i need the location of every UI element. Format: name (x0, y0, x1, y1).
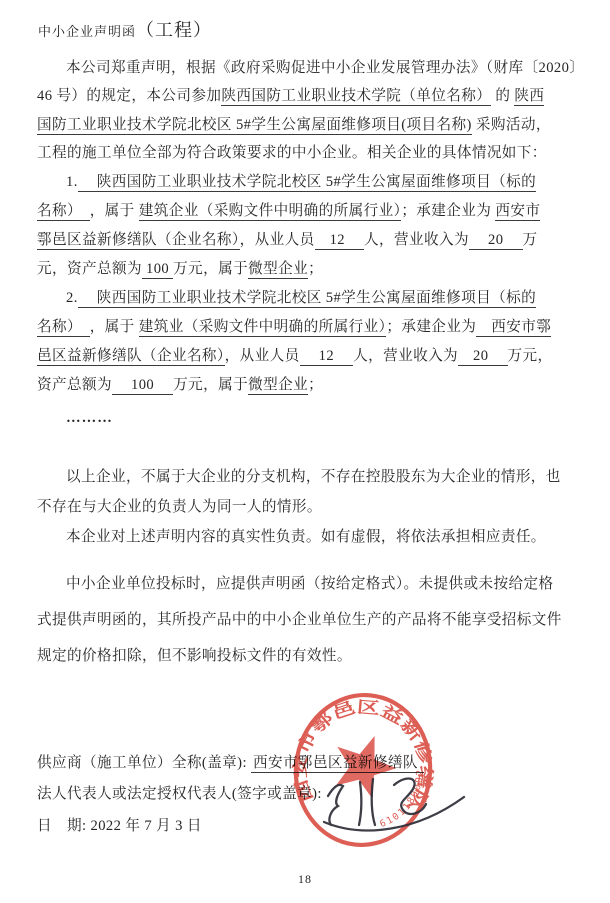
legal-rep-line: 法人代表人或法定授权代表人(签字或盖章): (37, 779, 585, 810)
declaration-paragraph: 本公司郑重声明，根据《政府采购促进中小企业发展管理办法》（财库〔2020〕46 … (37, 54, 585, 168)
text-line: 名称） ，属于 建筑业（采购文件中明确的所属行业）；承建企业为 西安市鄠 (37, 313, 585, 342)
text-segment: 元，资产总额为 (37, 261, 142, 277)
text-line: 46 号）的规定，本公司参加陕西国防工业职业技术学院（单位名称） 的 陕西 (37, 82, 585, 110)
filled-blank-text: 12 (300, 348, 353, 366)
text-segment: 1. (66, 174, 78, 190)
legal-rep-label: 法人代表人或法定授权代表人(签字或盖章): (37, 786, 322, 802)
document-page: 中小企业声明函（工程） 本公司郑重声明，根据《政府采购促进中小企业发展管理办法》… (0, 0, 610, 903)
filled-blank-text: 20 (469, 232, 522, 250)
text-segment: ；承建企业为 (386, 319, 476, 335)
bid-notice-paragraph: 中小企业单位投标时，应提供声明函（按给定格式）。未提供或未按给定格式提供声明函的… (37, 566, 585, 674)
text-line: 工程的施工单位全部为符合政策要求的中小企业。相关企业的具体情况如下： (37, 139, 585, 167)
filled-blank-text: 100 (142, 261, 173, 279)
text-segment: 资产总额为 (37, 377, 112, 393)
signature-block: 供应商（施工单位）全称(盖章): 西安市鄠邑区益新修缮队 法人代表人或法定授权代… (37, 748, 585, 842)
text-line: 2. 陕西国防工业职业技术学院北校区 5#学生公寓屋面维修项目（标的 (37, 284, 585, 313)
enterprise-item-1: 1. 陕西国防工业职业技术学院北校区 5#学生公寓屋面维修项目（标的名称） ，属… (37, 168, 585, 284)
supplier-line: 供应商（施工单位）全称(盖章): 西安市鄠邑区益新修缮队 (37, 748, 585, 779)
text-segment: 万元， (508, 348, 553, 364)
text-segment: 2. (66, 290, 78, 306)
filled-blank-text: 陕西国防工业职业技术学院（单位名称） (221, 88, 491, 106)
filled-blank-text: 微型企业 (248, 261, 308, 279)
supplier-name: 西安市鄠邑区益新修缮队 (251, 755, 424, 773)
ellipsis-line: ……… (37, 404, 585, 433)
text-segment: ，从业人员 (225, 348, 300, 364)
text-segment: 人，营业收入为 (364, 232, 469, 248)
date-value: 2022 年 7 月 3 日 (91, 818, 202, 834)
text-segment: ；承建企业为 (401, 203, 495, 219)
filled-blank-text: 12 (315, 232, 364, 250)
text-segment: 本公司郑重声明，根据《政府采购促进中小企业发展管理办法》（财库〔2020〕 (66, 60, 584, 76)
text-segment: ，属于 (90, 319, 139, 335)
filled-blank-text: 陕西国防工业职业技术学院北校区 5#学生公寓屋面维修项目（标的 (78, 290, 536, 308)
text-segment: ； (308, 261, 323, 277)
text-line: 以上企业，不属于大企业的分支机构，不存在控股股东为大企业的情形，也 (37, 462, 585, 492)
text-line: 元，资产总额为 100 万元，属于微型企业； (37, 255, 585, 284)
text-line: 邑区益新修缮队（企业名称），从业人员 12 人，营业收入为 20 万元， (37, 342, 585, 371)
no-affiliation-paragraph: 以上企业，不属于大企业的分支机构，不存在控股股东为大企业的情形，也不存在与大企业… (37, 462, 585, 552)
date-line: 日 期: 2022 年 7 月 3 日 (37, 811, 585, 842)
text-segment: 规定的价格扣除，但不影响投标文件的有效性。 (37, 648, 352, 664)
text-segment: 式提供声明函的，其所投产品中的中小企业单位生产的产品将不能享受招标文件 (37, 612, 562, 628)
text-segment: 46 号）的规定，本公司参加 (37, 88, 221, 104)
text-line: 名称） ，属于 建筑企业（采购文件中明确的所属行业）；承建企业为 西安市 (37, 197, 585, 226)
filled-blank-text: 微型企业 (248, 377, 308, 395)
filled-blank-text: 国防工业职业技术学院北校区 5#学生公寓屋面维修项目(项目名称) (37, 117, 472, 135)
text-segment: 万元，属于 (173, 261, 248, 277)
text-segment: 中小企业单位投标时，应提供声明函（按给定格式）。未提供或未按给定格 (66, 576, 554, 592)
filled-blank-text: 名称） (37, 319, 90, 337)
filled-blank-text: 鄠邑区益新修缮队（企业名称） (37, 232, 240, 250)
title-suffix: （工程） (136, 20, 212, 40)
filled-blank-text: 西安市鄠 (476, 319, 551, 337)
filled-blank-text: 邑区益新修缮队（企业名称） (37, 348, 225, 366)
text-line: 规定的价格扣除，但不影响投标文件的有效性。 (37, 638, 585, 674)
filled-blank-text: 陕西国防工业职业技术学院北校区 5#学生公寓屋面维修项目（标的 (78, 174, 536, 192)
text-segment: 的 (491, 88, 514, 104)
text-line: 不存在与大企业的负责人为同一人的情形。 (37, 492, 585, 522)
text-segment: 不存在与大企业的负责人为同一人的情形。 (37, 499, 322, 515)
supplier-label: 供应商（施工单位）全称(盖章): (37, 755, 251, 771)
text-line: 资产总额为 100 万元，属于微型企业； (37, 371, 585, 400)
page-title: 中小企业声明函（工程） (38, 16, 212, 42)
text-line: 式提供声明函的，其所投产品中的中小企业单位生产的产品将不能享受招标文件 (37, 602, 585, 638)
text-line: 中小企业单位投标时，应提供声明函（按给定格式）。未提供或未按给定格 (37, 566, 585, 602)
title-main: 中小企业声明函 (38, 24, 136, 39)
filled-blank-text: 西安市 (495, 203, 540, 221)
text-segment: ，从业人员 (240, 232, 315, 248)
text-line: 1. 陕西国防工业职业技术学院北校区 5#学生公寓屋面维修项目（标的 (37, 168, 585, 197)
filled-blank-text: 陕西 (514, 88, 544, 106)
text-line: 鄠邑区益新修缮队（企业名称），从业人员 12 人，营业收入为 20 万 (37, 226, 585, 255)
text-segment: ，属于 (90, 203, 139, 219)
filled-blank-text: 100 (112, 377, 173, 395)
text-segment: 万 (523, 232, 538, 248)
text-segment: 人，营业收入为 (353, 348, 458, 364)
filled-blank-text: 建筑企业（采购文件中明确的所属行业） (139, 203, 402, 221)
text-line: 国防工业职业技术学院北校区 5#学生公寓屋面维修项目(项目名称) 采购活动， (37, 111, 585, 139)
enterprise-item-2: 2. 陕西国防工业职业技术学院北校区 5#学生公寓屋面维修项目（标的名称） ，属… (37, 284, 585, 400)
text-line: 本公司郑重声明，根据《政府采购促进中小企业发展管理办法》（财库〔2020〕 (37, 54, 585, 82)
text-segment: 工程的施工单位全部为符合政策要求的中小企业。相关企业的具体情况如下： (37, 145, 547, 161)
text-segment: ； (308, 377, 323, 393)
text-segment: 采购活动， (472, 117, 551, 133)
text-segment: 以上企业，不属于大企业的分支机构，不存在控股股东为大企业的情形，也 (66, 469, 561, 485)
text-line: 本企业对上述声明内容的真实性负责。如有虚假，将依法承担相应责任。 (37, 522, 585, 552)
filled-blank-text: 名称） (37, 203, 90, 221)
text-segment: 万元，属于 (173, 377, 248, 393)
page-number: 18 (0, 872, 610, 887)
filled-blank-text: 20 (458, 348, 507, 366)
date-label: 日 期: (37, 818, 91, 834)
filled-blank-text: 建筑业（采购文件中明确的所属行业） (139, 319, 387, 337)
text-segment: 本企业对上述声明内容的真实性负责。如有虚假，将依法承担相应责任。 (66, 529, 546, 545)
